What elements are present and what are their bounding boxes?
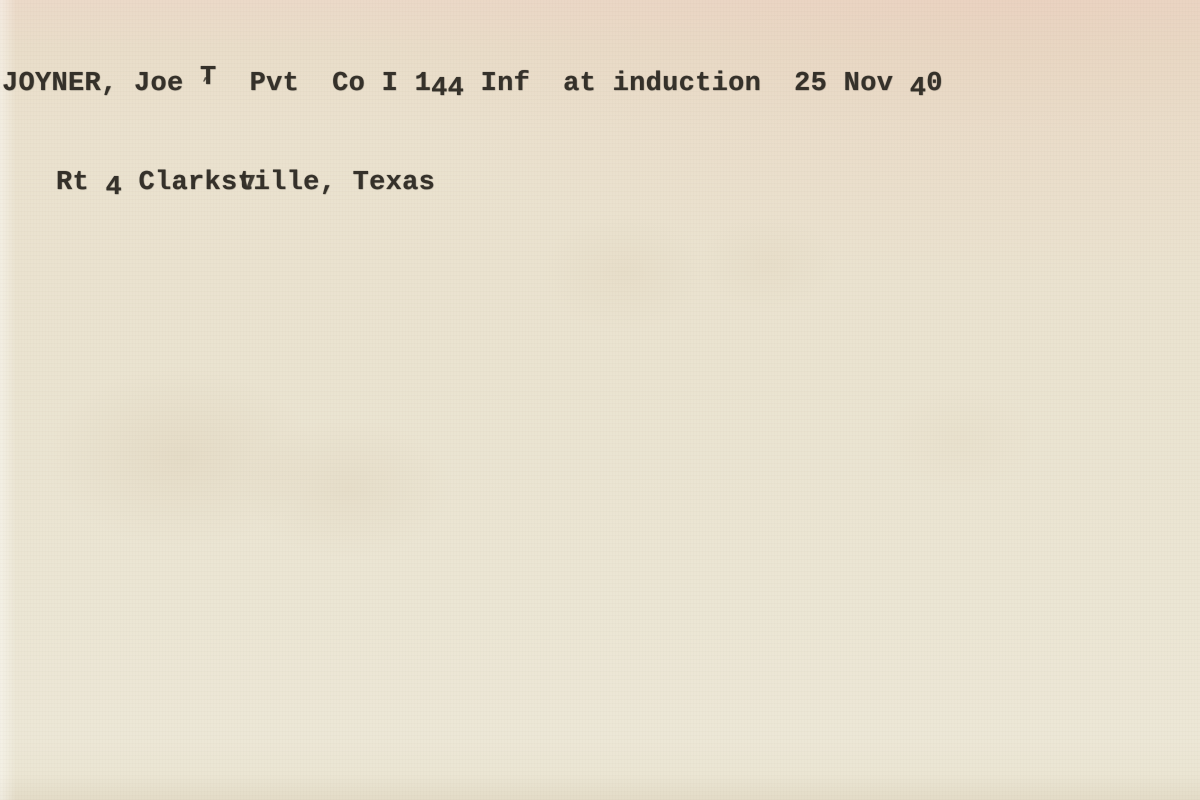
typed-token: v	[239, 167, 256, 200]
typed-token: Clarks	[122, 167, 238, 200]
typed-token: 4	[910, 73, 927, 106]
typed-token: Pvt Co I 1	[217, 68, 432, 101]
typed-token: 44	[431, 73, 464, 106]
typed-token: ille, Texas	[254, 167, 436, 200]
typed-line-2: Rt 4 Clarkstville, Texas	[56, 167, 943, 200]
typed-token: 0	[926, 68, 943, 101]
typed-token: JOYNER, Joe	[2, 68, 200, 101]
typed-token: Rt	[56, 167, 106, 200]
typed-token: 4	[106, 172, 123, 205]
typed-text-block: JOYNER, Joe T Pvt Co I 144 Inf at induct…	[2, 2, 943, 266]
typed-line-1: JOYNER, Joe T Pvt Co I 144 Inf at induct…	[2, 68, 943, 101]
scanned-card: JOYNER, Joe T Pvt Co I 144 Inf at induct…	[0, 0, 1200, 800]
typed-token: Inf at induction 25 Nov	[464, 68, 910, 101]
